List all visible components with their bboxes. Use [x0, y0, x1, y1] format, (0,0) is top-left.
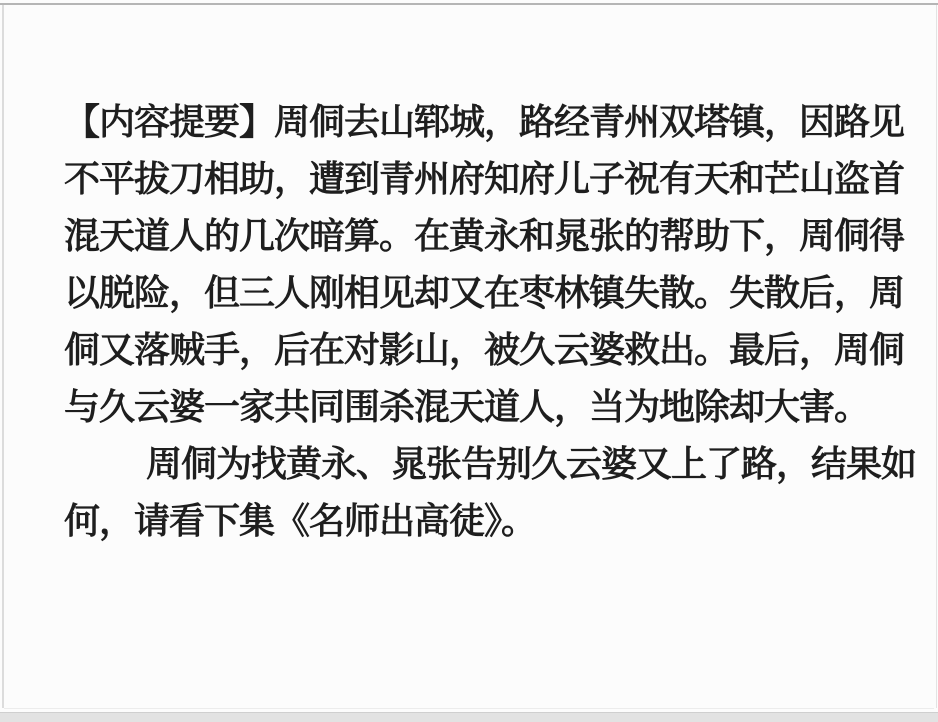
page-top-edge-line: [0, 3, 938, 5]
content-summary-text-block: 【内容提要】周侗去山郓城，路经青州双塔镇，因路见 不平拔刀相助，遭到青州府知府儿…: [64, 94, 886, 550]
page-bottom-strip: [0, 712, 938, 722]
page-left-edge-line: [2, 5, 4, 708]
page-right-edge-line: [936, 5, 937, 708]
text-line-7: 周侗为找黄永、晁张告别久云婆又上了路，结果如: [64, 436, 886, 493]
text-line-6: 与久云婆一家共同围杀混天道人，当为地除却大害。: [64, 379, 886, 436]
text-line-8: 何，请看下集《名师出高徒》。: [64, 493, 886, 550]
text-line-1: 【内容提要】周侗去山郓城，路经青州双塔镇，因路见: [64, 94, 886, 151]
text-line-2: 不平拔刀相助，遭到青州府知府儿子祝有天和芒山盗首: [64, 151, 886, 208]
scanned-book-page: 【内容提要】周侗去山郓城，路经青州双塔镇，因路见 不平拔刀相助，遭到青州府知府儿…: [0, 0, 938, 722]
text-line-4: 以脱险，但三人刚相见却又在枣林镇失散。失散后，周: [64, 265, 886, 322]
page-bottom-faint-line: [4, 708, 934, 709]
text-line-5: 侗又落贼手，后在对影山，被久云婆救出。最后，周侗: [64, 322, 886, 379]
text-line-3: 混天道人的几次暗算。在黄永和晁张的帮助下，周侗得: [64, 208, 886, 265]
